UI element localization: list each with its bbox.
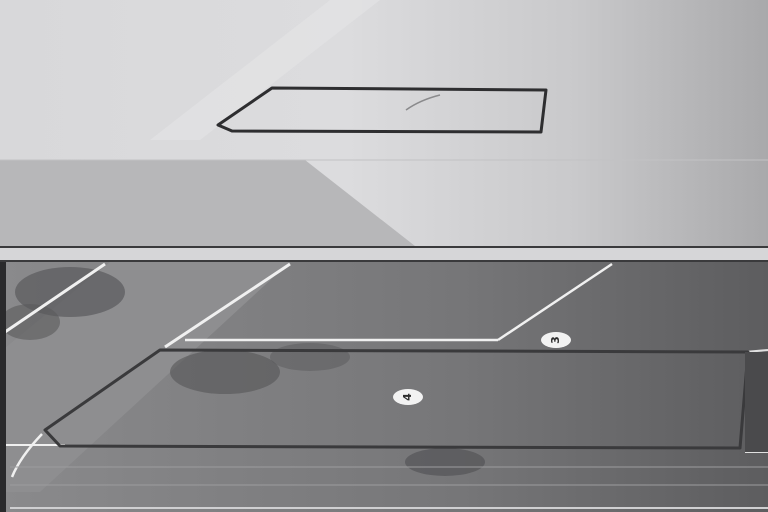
zone-3-label: 3: [541, 332, 571, 348]
page-edge: [0, 262, 6, 512]
page-divider: [0, 246, 768, 262]
zone-4-number: 4: [400, 393, 416, 401]
aerial-photo: 3 4: [0, 262, 768, 512]
zone-4-label: 4: [393, 389, 423, 405]
diagram-panel: [0, 0, 768, 246]
zone-3-number: 3: [548, 336, 564, 344]
zone-outline: [218, 88, 546, 132]
diagram-drawing: [0, 0, 768, 246]
parking-lot-drawing: [0, 262, 768, 512]
